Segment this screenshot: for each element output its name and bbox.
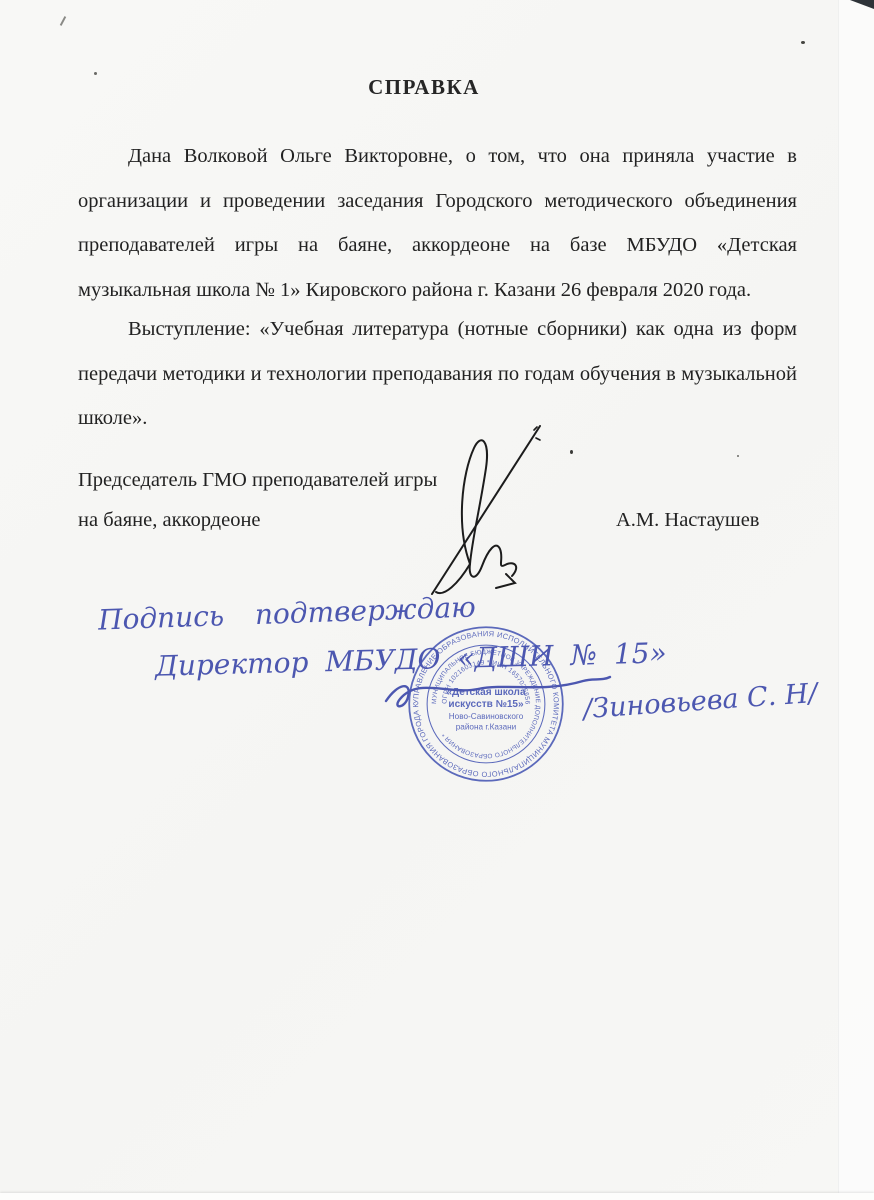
body-paragraph-participation: Дана Волковой Ольге Викторовне, о том, ч… <box>78 134 797 312</box>
scanned-certificate-page: СПРАВКА Дана Волковой Ольге Викторовне, … <box>0 0 874 1200</box>
director-signature-stroke-icon <box>378 655 618 715</box>
stamp-center-line-4: района г.Казани <box>456 722 516 731</box>
chairman-signature-icon <box>418 416 554 601</box>
scanner-corner-artifact <box>850 0 874 9</box>
ink-speck <box>570 450 573 454</box>
scan-bottom-edge <box>0 1193 874 1200</box>
ink-tick-mark <box>60 16 66 26</box>
signatory-role-line-1: Председатель ГМО преподавателей игры <box>78 469 437 492</box>
document-title: СПРАВКА <box>0 75 848 100</box>
signatory-role-line-2: на баяне, аккордеоне <box>78 509 261 532</box>
paper-edge-band <box>838 0 874 1200</box>
paper-speck <box>801 41 805 44</box>
ink-speck <box>737 455 739 457</box>
signatory-name: А.М. Настаушев <box>616 509 760 532</box>
